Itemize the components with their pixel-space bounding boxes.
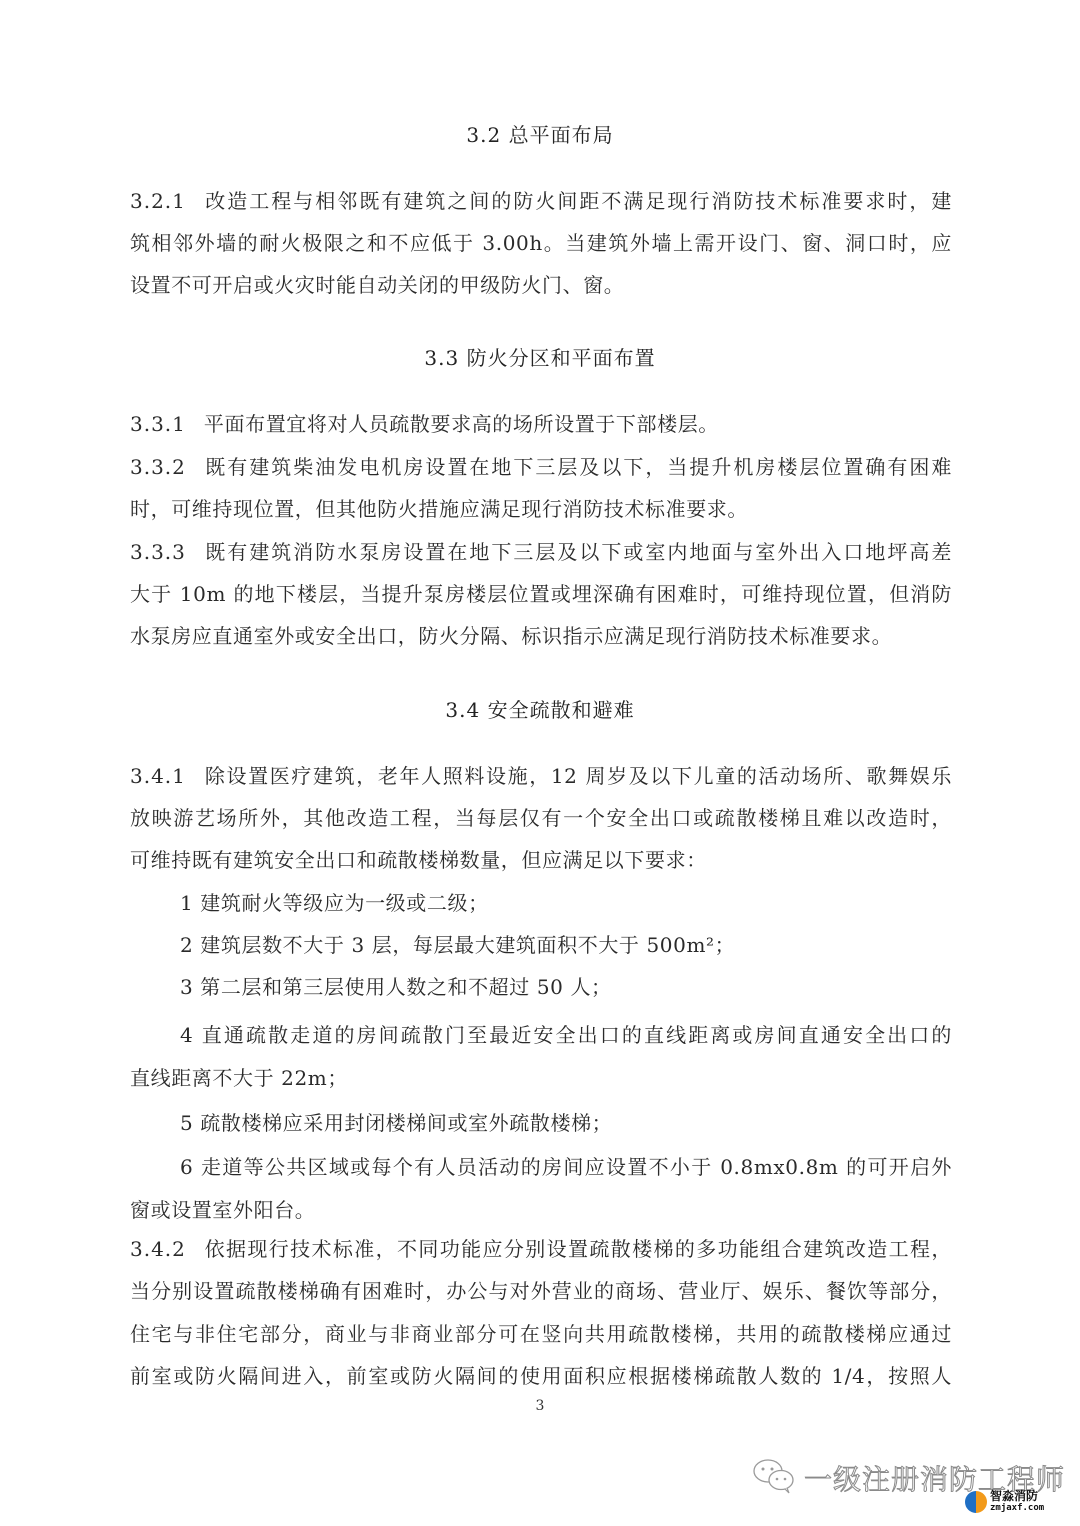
section-heading-3-2: 3.2 总平面布局	[0, 119, 1080, 148]
list-item-2: 2 建筑层数不大于 3 层，每层最大建筑面积不大于 500m²；	[180, 924, 952, 966]
list-item-6-line-2: 窗或设置室外阳台。	[130, 1189, 952, 1231]
clause-number: 3.3.1	[130, 403, 186, 445]
section-heading-3-3: 3.3 防火分区和平面布置	[0, 342, 1080, 371]
clause-3-3-1-line-1: 3.3.1平面布置宜将对人员疏散要求高的场所设置于下部楼层。	[130, 403, 952, 445]
clause-number: 3.2.1	[130, 180, 186, 222]
list-item-1: 1 建筑耐火等级应为一级或二级；	[180, 882, 952, 924]
clause-3-4-2-line-2: 当分别设置疏散楼梯确有困难时，办公与对外营业的商场、营业厅、娱乐、餐饮等部分，	[130, 1270, 952, 1312]
clause-number: 3.3.3	[130, 531, 186, 573]
list-item-3: 3 第二层和第三层使用人数之和不超过 50 人；	[180, 966, 952, 1008]
section-heading-3-4: 3.4 安全疏散和避难	[0, 694, 1080, 723]
clause-3-3-2-line-1: 3.3.2既有建筑柴油发电机房设置在地下三层及以下，当提升机房楼层位置确有困难	[130, 446, 952, 488]
wechat-icon	[752, 1458, 796, 1498]
document-page: 3.2 总平面布局 3.2.1改造工程与相邻既有建筑之间的防火间距不满足现行消防…	[0, 0, 1080, 1526]
clause-3-4-2-line-3: 住宅与非住宅部分，商业与非商业部分可在竖向共用疏散楼梯，共用的疏散楼梯应通过	[130, 1313, 952, 1355]
clause-3-4-1-line-2: 放映游艺场所外，其他改造工程，当每层仅有一个安全出口或疏散楼梯且难以改造时，	[130, 797, 952, 839]
clause-3-4-2-line-4: 前室或防火隔间进入，前室或防火隔间的使用面积应根据楼梯疏散人数的 1/4，按照人	[130, 1355, 952, 1397]
page-number: 3	[0, 1398, 1080, 1414]
zmjaxf-logo: 智淼消防 zmjaxf.com	[965, 1490, 1044, 1514]
clause-3-4-1-line-1: 3.4.1除设置医疗建筑，老年人照料设施，12 周岁及以下儿童的活动场所、歌舞娱…	[130, 755, 952, 797]
clause-3-2-1-line-1: 3.2.1改造工程与相邻既有建筑之间的防火间距不满足现行消防技术标准要求时，建	[130, 180, 952, 222]
clause-3-4-2-line-1: 3.4.2依据现行技术标准，不同功能应分别设置疏散楼梯的多功能组合建筑改造工程，	[130, 1228, 952, 1270]
clause-3-3-3-line-3: 水泵房应直通室外或安全出口，防火分隔、标识指示应满足现行消防技术标准要求。	[130, 615, 952, 657]
clause-3-2-1-line-2: 筑相邻外墙的耐火极限之和不应低于 3.00h。当建筑外墙上需开设门、窗、洞口时，…	[130, 222, 952, 264]
clause-number: 3.4.2	[130, 1228, 186, 1270]
list-item-6-line-1: 6 走道等公共区域或每个有人员活动的房间应设置不小于 0.8mx0.8m 的可开…	[180, 1146, 952, 1188]
list-item-5: 5 疏散楼梯应采用封闭楼梯间或室外疏散楼梯；	[180, 1102, 952, 1144]
list-item-4-line-1: 4 直通疏散走道的房间疏散门至最近安全出口的直线距离或房间直通安全出口的	[180, 1014, 952, 1056]
clause-number: 3.3.2	[130, 446, 186, 488]
zmjaxf-logo-icon	[965, 1491, 987, 1513]
clause-number: 3.4.1	[130, 755, 186, 797]
clause-3-3-3-line-2: 大于 10m 的地下楼层，当提升泵房楼层位置或埋深确有困难时，可维持现位置，但消…	[130, 573, 952, 615]
logo-name: 智淼消防	[990, 1490, 1044, 1502]
clause-3-3-2-line-2: 时，可维持现位置，但其他防火措施应满足现行消防技术标准要求。	[130, 488, 952, 530]
list-item-4-line-2: 直线距离不大于 22m；	[130, 1057, 952, 1099]
clause-3-2-1-line-3: 设置不可开启或火灾时能自动关闭的甲级防火门、窗。	[130, 264, 952, 306]
clause-3-3-3-line-1: 3.3.3既有建筑消防水泵房设置在地下三层及以下或室内地面与室外出入口地坪高差	[130, 531, 952, 573]
logo-url: zmjaxf.com	[990, 1502, 1044, 1514]
clause-3-4-1-line-3: 可维持既有建筑安全出口和疏散楼梯数量，但应满足以下要求：	[130, 839, 952, 881]
